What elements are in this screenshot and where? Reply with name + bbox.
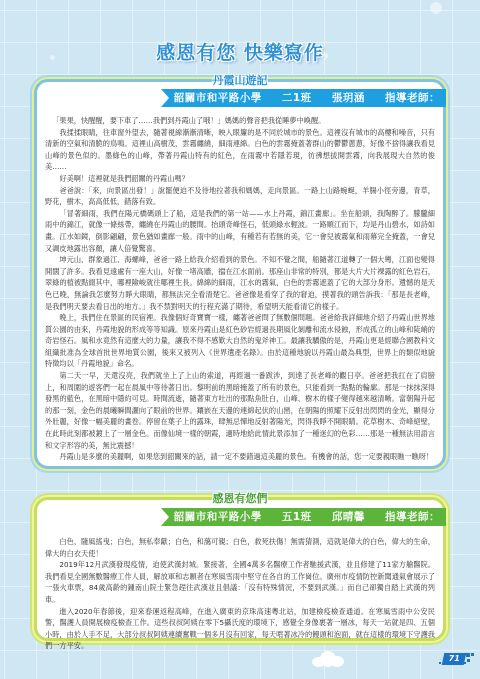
article-card-thanks: 感恩有您們 韶關市和平路小學 五1班 邱晴馨 指導老師：楊秀蘭 白色，隨風搖曳；… <box>34 497 446 641</box>
page-title: 感恩有您 快樂寫作 <box>0 38 480 65</box>
paragraph: 「冒著細雨，我們在陽元橋碼頭上了船，這是我們的第一站——水上丹霞，錦江畫廊」。坐… <box>45 208 435 254</box>
school-name: 韶關市和平路小學 <box>174 511 262 523</box>
class-name: 二1班 <box>282 92 312 104</box>
paragraph: 晚上，我們住在景區的民宿裡。我像個好奇寶寶一樣，纏著爸爸問了無數個問題。爸爸給我… <box>45 312 435 370</box>
paragraph: 我揉揉眼睛，往車窗外望去，隨著視線漸漸清晰，映入眼簾的是不同於城市的景色。這裡沒… <box>45 127 435 173</box>
author-name: 邱晴馨 <box>332 511 365 523</box>
paragraph: 白色，隨風搖曳；白色，無私奉獻；白色，和藹可親；白色，救死扶傷！無需猜測，這就是… <box>45 536 435 559</box>
author-byline: 韶關市和平路小學 五1班 邱晴馨 指導老師：楊秀蘭 <box>161 508 446 526</box>
paragraph: 第二天一早，天還沒亮，我們就坐上了上山的索道，再經過一番跋涉，到達了長老峰的觀日… <box>45 370 435 451</box>
author-byline: 韶關市和平路小學 二1班 張玥涵 指導老師：江曉明 <box>161 89 446 107</box>
page-number: 71 <box>442 653 467 665</box>
article-body: 白色，隨風搖曳；白色，無私奉獻；白色，和藹可親；白色，救死扶傷！無需猜測，這就是… <box>45 536 435 652</box>
paragraph: 進入2020年春節後，迎來春運返程高峰，在進入廣東的京珠高速粵北站，加建檢疫檢查… <box>45 606 435 652</box>
article-body: 「果果，快醒醒，要下車了……我們到丹霞山了哦！」媽媽的聲音把我從睡夢中喚醒。 我… <box>45 115 435 463</box>
article-title: 丹霞山遊記 <box>209 72 272 88</box>
cloud-icon <box>312 651 346 667</box>
class-name: 五1班 <box>282 511 312 523</box>
paragraph: 爸爸說：「來，向景區出發！」說罷便迫不及待地拉著我和媽媽，走向景區。一路上山路蜿… <box>45 185 435 208</box>
article-title: 感恩有您們 <box>209 490 272 506</box>
paragraph: 丹霞山是多麼的美麗啊，如果您到韶關來的話，請一定不要錯過這美麗的景色。有機會的話… <box>45 451 435 463</box>
paragraph: 好美啊！這裡就是我們韶關的丹霞山嗎？ <box>45 173 435 185</box>
paragraph: 坤元山、群象過江、海螺峰，爸爸一路上給我介紹看到的景色。不知不覺之間，船隨著江道… <box>45 254 435 312</box>
decorative-bubble <box>430 2 442 14</box>
paragraph: 2019年12月武漢發現疫情，迫使武漢封城。緊接著，全國4萬多名醫療工作者馳援武… <box>45 559 435 605</box>
paragraph: 「果果，快醒醒，要下車了……我們到丹霞山了哦！」媽媽的聲音把我從睡夢中喚醒。 <box>45 115 435 127</box>
article-card-danxia: 丹霞山遊記 韶關市和平路小學 二1班 張玥涵 指導老師：江曉明 「果果，快醒醒，… <box>34 79 446 469</box>
school-name: 韶關市和平路小學 <box>174 92 262 104</box>
author-name: 張玥涵 <box>332 92 365 104</box>
